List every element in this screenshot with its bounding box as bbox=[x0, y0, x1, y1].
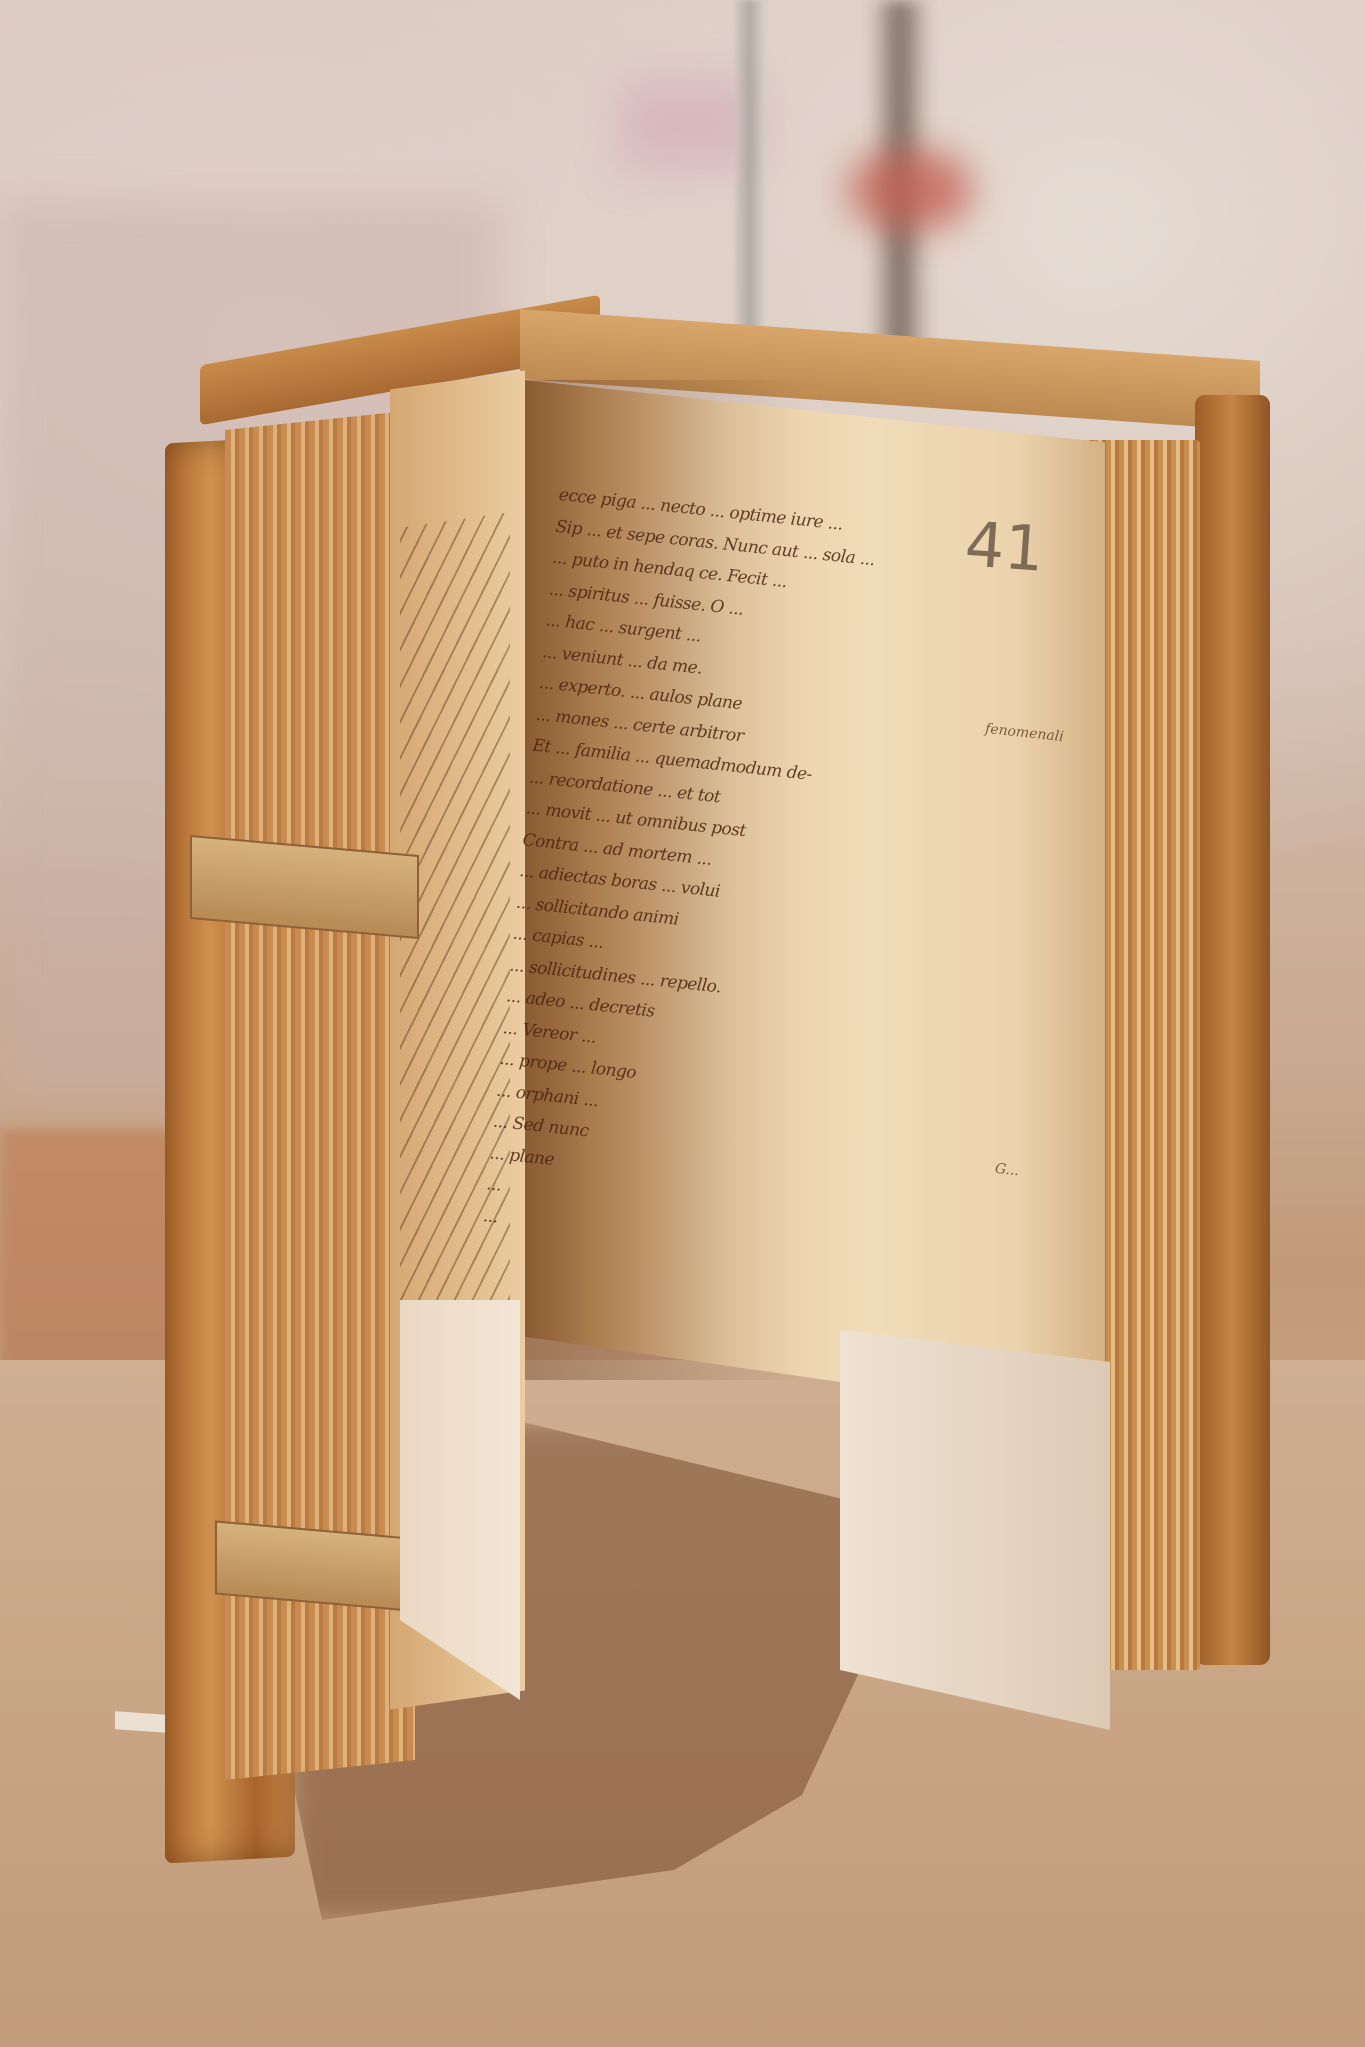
stand-right-support bbox=[840, 1330, 1110, 1730]
display-case-glass-edge bbox=[735, 0, 765, 345]
margin-note: G... bbox=[994, 1161, 1020, 1179]
right-cover-board bbox=[1195, 395, 1270, 1665]
manuscript-text: ecce piga ... necto ... optime iure ... … bbox=[469, 485, 998, 1396]
folio-number: 41 bbox=[963, 507, 1047, 585]
blurred-red-sign bbox=[850, 150, 970, 230]
